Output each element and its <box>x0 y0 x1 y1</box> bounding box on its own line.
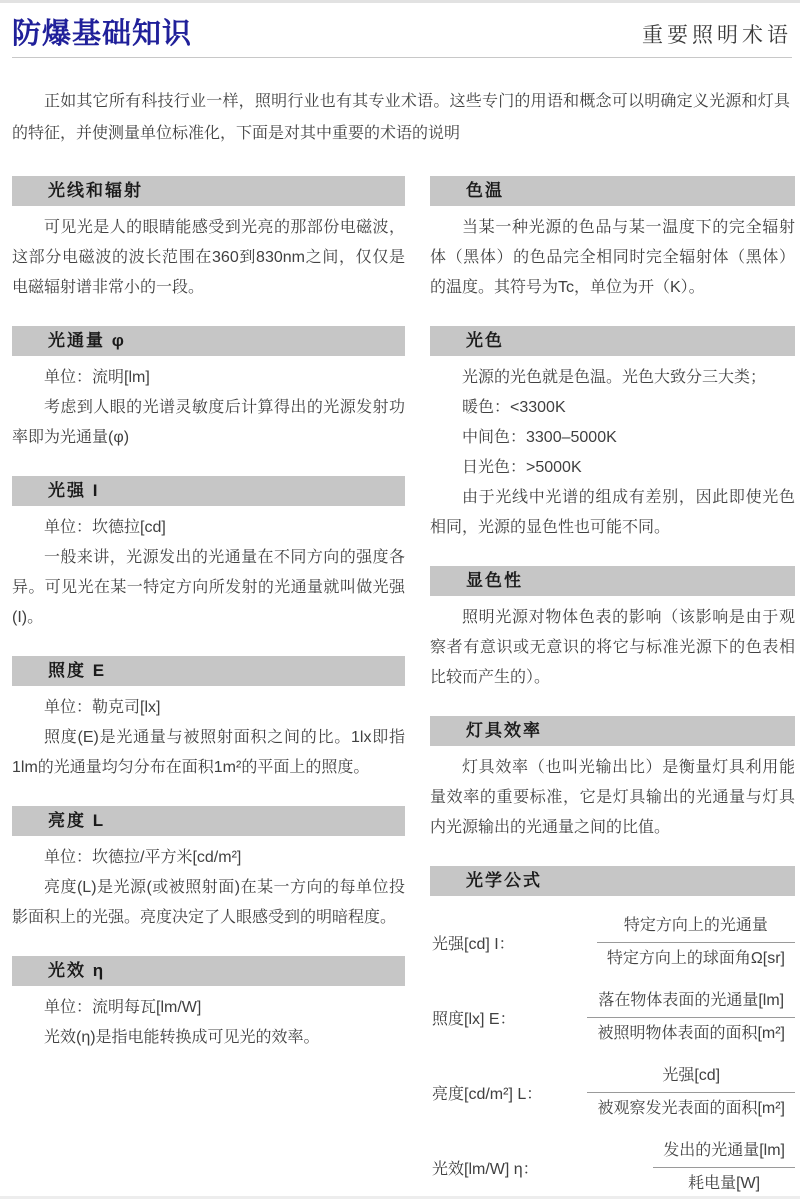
section-header: 光通量 φ <box>12 326 405 356</box>
section-light-and-radiation: 光线和辐射 可见光是人的眼睛能感受到光亮的那部份电磁波，这部分电磁波的波长范围在… <box>12 176 405 303</box>
page: 防爆基础知识 重要照明术语 正如其它所有科技行业一样，照明行业也有其专业术语。这… <box>0 0 800 1199</box>
formula-label: 光强[cd] I： <box>430 931 515 954</box>
section-header: 色温 <box>430 176 795 206</box>
section-paragraph: 灯具效率（也叫光输出比）是衡量灯具利用能量效率的重要标准，它是灯具输出的光通量与… <box>430 753 795 843</box>
unit-line: 单位：勒克司[lx] <box>12 693 405 723</box>
fraction-numerator: 光强[cd] <box>587 1064 795 1093</box>
formula-label: 照度[lx] E： <box>430 1006 516 1029</box>
unit-line: 单位：坎德拉/平方米[cd/m²] <box>12 843 405 873</box>
page-subtitle: 重要照明术语 <box>642 19 792 52</box>
fraction-denominator: 耗电量[W] <box>653 1168 795 1196</box>
formula-label: 光效[lm/W] η： <box>430 1156 539 1179</box>
section-paragraph: 考虑到人眼的光谱灵敏度后计算得出的光源发射功率即为光通量(φ) <box>12 393 405 453</box>
fraction-numerator: 发出的光通量[lm] <box>653 1139 795 1168</box>
section-luminous-flux: 光通量 φ 单位：流明[lm] 考虑到人眼的光谱灵敏度后计算得出的光源发射功率即… <box>12 326 405 453</box>
fraction-denominator: 被照明物体表面的面积[m²] <box>587 1018 795 1046</box>
section-header: 光色 <box>430 326 795 356</box>
section-luminaire-efficiency: 灯具效率 灯具效率（也叫光输出比）是衡量灯具利用能量效率的重要标准，它是灯具输出… <box>430 716 795 843</box>
page-title: 防爆基础知识 <box>12 11 192 52</box>
section-color-temperature: 色温 当某一种光源的色品与某一温度下的完全辐射体（黑体）的色品完全相同时完全辐射… <box>430 176 795 303</box>
fraction-numerator: 特定方向上的光通量 <box>597 914 795 943</box>
section-header: 显色性 <box>430 566 795 596</box>
section-header: 光线和辐射 <box>12 176 405 206</box>
section-header: 光效 η <box>12 956 405 986</box>
section-paragraph: 当某一种光源的色品与某一温度下的完全辐射体（黑体）的色品完全相同时完全辐射体（黑… <box>430 213 795 303</box>
section-paragraph: 照明光源对物体色表的影响（该影响是由于观察者有意识或无意识的将它与标准光源下的色… <box>430 603 795 693</box>
left-column: 光线和辐射 可见光是人的眼睛能感受到光亮的那部份电磁波，这部分电磁波的波长范围在… <box>12 176 405 1053</box>
unit-line: 单位：流明[lm] <box>12 363 405 393</box>
section-header: 光强 I <box>12 476 405 506</box>
section-luminance: 亮度 L 单位：坎德拉/平方米[cd/m²] 亮度(L)是光源(或被照射面)在某… <box>12 806 405 933</box>
section-header: 亮度 L <box>12 806 405 836</box>
section-color-rendering: 显色性 照明光源对物体色表的影响（该影响是由于观察者有意识或无意识的将它与标准光… <box>430 566 795 693</box>
page-header: 防爆基础知识 重要照明术语 <box>12 11 792 58</box>
fraction-numerator: 落在物体表面的光通量[lm] <box>587 989 795 1018</box>
formula-row-luminous-efficacy: 光效[lm/W] η： 发出的光通量[lm] 耗电量[W] <box>430 1139 795 1196</box>
section-paragraph: 照度(E)是光通量与被照射面积之间的比。1lx即指1lm的光通量均匀分布在面积1… <box>12 723 405 783</box>
section-illuminance: 照度 E 单位：勒克司[lx] 照度(E)是光通量与被照射面积之间的比。1lx即… <box>12 656 405 783</box>
daylight-color-line: 日光色：>5000K <box>430 453 795 483</box>
intermediate-color-line: 中间色：3300–5000K <box>430 423 795 453</box>
section-header: 照度 E <box>12 656 405 686</box>
section-paragraph: 可见光是人的眼睛能感受到光亮的那部份电磁波，这部分电磁波的波长范围在360到83… <box>12 213 405 303</box>
fraction: 特定方向上的光通量 特定方向上的球面角Ω[sr] <box>597 914 795 971</box>
formula-row-illuminance: 照度[lx] E： 落在物体表面的光通量[lm] 被照明物体表面的面积[m²] <box>430 989 795 1046</box>
section-paragraph: 一般来讲，光源发出的光通量在不同方向的强度各异。可见光在某一特定方向所发射的光通… <box>12 543 405 633</box>
section-paragraph: 光效(η)是指电能转换成可见光的效率。 <box>12 1023 405 1053</box>
section-luminous-efficacy: 光效 η 单位：流明每瓦[lm/W] 光效(η)是指电能转换成可见光的效率。 <box>12 956 405 1053</box>
two-column-layout: 光线和辐射 可见光是人的眼睛能感受到光亮的那部份电磁波，这部分电磁波的波长范围在… <box>0 176 800 1196</box>
section-paragraph: 由于光线中光谱的组成有差别，因此即使光色相同，光源的显色性也可能不同。 <box>430 483 795 543</box>
section-luminous-intensity: 光强 I 单位：坎德拉[cd] 一般来讲，光源发出的光通量在不同方向的强度各异。… <box>12 476 405 633</box>
fraction-denominator: 被观察发光表面的面积[m²] <box>587 1093 795 1121</box>
fraction-denominator: 特定方向上的球面角Ω[sr] <box>597 943 795 971</box>
unit-line: 单位：流明每瓦[lm/W] <box>12 993 405 1023</box>
formula-label: 亮度[cd/m²] L： <box>430 1081 542 1104</box>
warm-color-line: 暖色：<3300K <box>430 393 795 423</box>
formula-row-luminous-intensity: 光强[cd] I： 特定方向上的光通量 特定方向上的球面角Ω[sr] <box>430 914 795 971</box>
fraction: 光强[cd] 被观察发光表面的面积[m²] <box>587 1064 795 1121</box>
section-paragraph: 光源的光色就是色温。光色大致分三大类； <box>430 363 795 393</box>
fraction: 发出的光通量[lm] 耗电量[W] <box>653 1139 795 1196</box>
intro-paragraph: 正如其它所有科技行业一样，照明行业也有其专业术语。这些专门的用语和概念可以明确定… <box>12 86 790 150</box>
section-optical-formulas: 光学公式 光强[cd] I： 特定方向上的光通量 特定方向上的球面角Ω[sr] … <box>430 866 795 1196</box>
section-light-color: 光色 光源的光色就是色温。光色大致分三大类； 暖色：<3300K 中间色：330… <box>430 326 795 543</box>
formula-row-luminance: 亮度[cd/m²] L： 光强[cd] 被观察发光表面的面积[m²] <box>430 1064 795 1121</box>
section-header: 光学公式 <box>430 866 795 896</box>
unit-line: 单位：坎德拉[cd] <box>12 513 405 543</box>
right-column: 色温 当某一种光源的色品与某一温度下的完全辐射体（黑体）的色品完全相同时完全辐射… <box>430 176 795 1196</box>
section-header: 灯具效率 <box>430 716 795 746</box>
fraction: 落在物体表面的光通量[lm] 被照明物体表面的面积[m²] <box>587 989 795 1046</box>
section-paragraph: 亮度(L)是光源(或被照射面)在某一方向的每单位投影面积上的光强。亮度决定了人眼… <box>12 873 405 933</box>
